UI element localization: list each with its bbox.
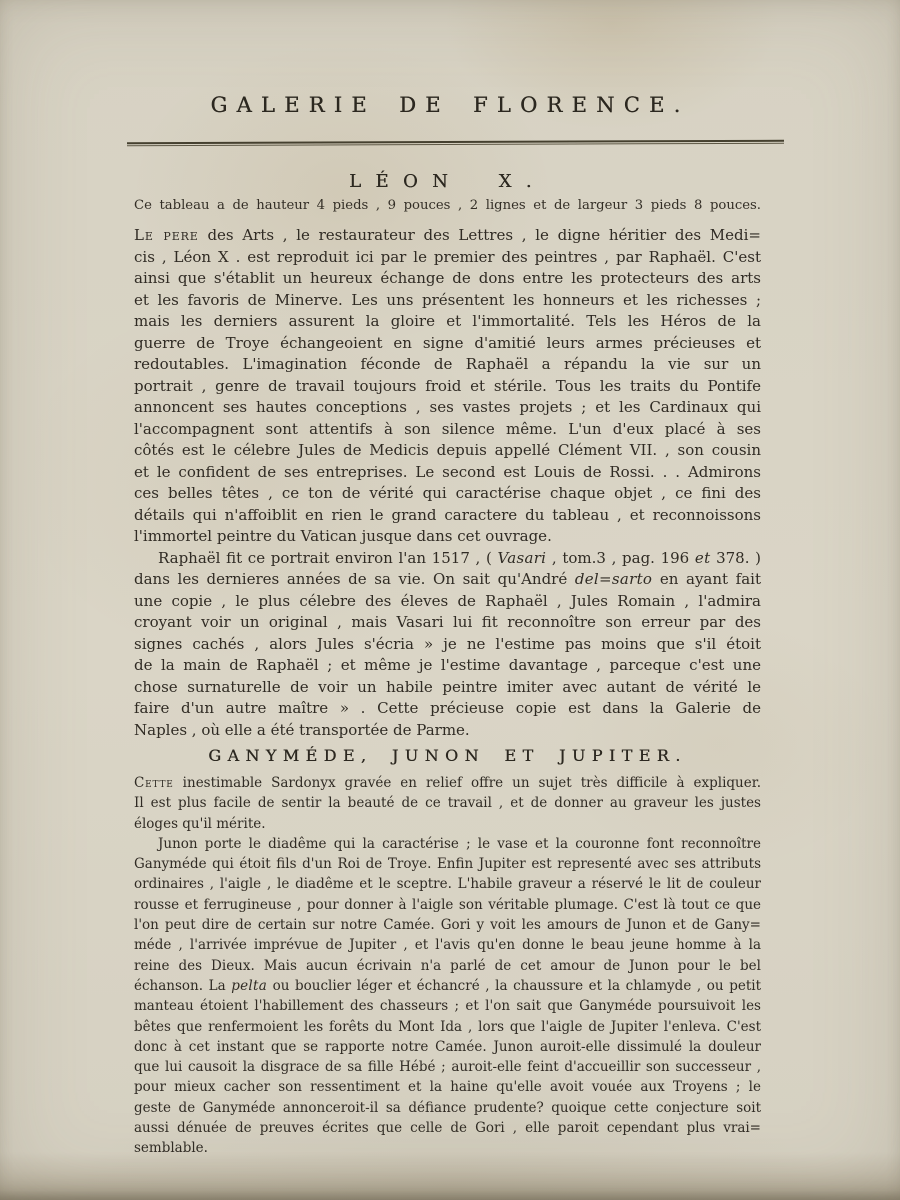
text-line: l'on peut dire de certain sur notre Camé… — [134, 915, 761, 935]
text-line: échanson. La pelta ou bouclier léger et … — [134, 976, 761, 996]
text-line: reine des Dieux. Mais aucun écrivain n'a… — [134, 956, 761, 976]
text-line: faire d'un autre maître » . Cette précie… — [134, 698, 761, 720]
text-line: Junon porte le diadême qui la caractéris… — [134, 834, 761, 854]
text-line: Il est plus facile de sentir la beauté d… — [134, 793, 761, 813]
text-line: pour mieux cacher son ressentiment et la… — [134, 1077, 761, 1097]
text-line: côtés est le célebre Jules de Medicis de… — [134, 440, 761, 462]
text-line: cis , Léon X . est reproduit ici par le … — [134, 247, 761, 269]
text-line: Raphaël fit ce portrait environ l'an 151… — [134, 548, 761, 570]
header-rule — [127, 140, 784, 149]
text-line: Le pere des Arts , le restaurateur des L… — [134, 225, 761, 247]
text-line: donc à cet instant que se rapporte notre… — [134, 1037, 761, 1057]
text-line: Cette inestimable Sardonyx gravée en rel… — [134, 773, 761, 793]
text-line: chose surnaturelle de voir un habile pei… — [134, 677, 761, 699]
text-line: l'accompagnent sont attentifs à son sile… — [134, 419, 761, 441]
text-line: manteau étoient l'habillement des chasse… — [134, 996, 761, 1016]
text-line: ordinaires , l'aigle , le diadême et le … — [134, 874, 761, 894]
article-section: LÉON X.Ce tableau a de hauteur 4 pieds ,… — [134, 170, 761, 741]
text-line: détails qui n'affoiblit en rien le grand… — [134, 505, 761, 527]
text-line: que lui causoit la disgrace de sa fille … — [134, 1057, 761, 1077]
article-heading: GANYMÉDE, JUNON ET JUPITER. — [134, 746, 761, 765]
paragraph: Le pere des Arts , le restaurateur des L… — [134, 225, 761, 548]
paragraph: Cette inestimable Sardonyx gravée en rel… — [134, 773, 761, 834]
publication-title: GALERIE DE FLORENCE. — [0, 92, 900, 118]
text-line: Naples , où elle a été transportée de Pa… — [134, 720, 761, 742]
text-line: bêtes que renfermoient les forêts du Mon… — [134, 1017, 761, 1037]
text-line: Ganyméde qui étoit fils d'un Roi de Troy… — [134, 854, 761, 874]
article-heading: LÉON X. — [134, 170, 761, 194]
text-line: guerre de Troye échangeoient en signe d'… — [134, 333, 761, 355]
article-section: GANYMÉDE, JUNON ET JUPITER.Cette inestim… — [134, 746, 761, 1159]
dimensions-note: Ce tableau a de hauteur 4 pieds , 9 pouc… — [134, 198, 761, 214]
text-line: croyant voir un original , mais Vasari l… — [134, 612, 761, 634]
text-line: geste de Ganyméde annonceroit-il sa défi… — [134, 1098, 761, 1118]
scanned-page: GALERIE DE FLORENCE. LÉON X.Ce tableau a… — [0, 0, 900, 1200]
text-line: rousse et ferrugineuse , pour donner à l… — [134, 895, 761, 915]
text-line: annoncent ses hautes conceptions , ses v… — [134, 397, 761, 419]
text-line: signes cachés , alors Jules s'écria » je… — [134, 634, 761, 656]
text-line: éloges qu'il mérite. — [134, 814, 761, 834]
text-line: l'immortel peintre du Vatican jusque dan… — [134, 526, 761, 548]
text-line: mais les derniers assurent la gloire et … — [134, 311, 761, 333]
text-line: de la main de Raphaël ; et même je l'est… — [134, 655, 761, 677]
text-line: une copie , le plus célebre des éleves d… — [134, 591, 761, 613]
text-line: aussi dénuée de preuves écrites que cell… — [134, 1118, 761, 1138]
text-line: ainsi que s'établit un heureux échange d… — [134, 268, 761, 290]
paragraph: Raphaël fit ce portrait environ l'an 151… — [134, 548, 761, 742]
text-line: redoutables. L'imagination féconde de Ra… — [134, 354, 761, 376]
paragraph: Junon porte le diadême qui la caractéris… — [134, 834, 761, 1159]
page-body: LÉON X.Ce tableau a de hauteur 4 pieds ,… — [134, 170, 761, 1159]
text-line: ces belles têtes , ce ton de vérité qui … — [134, 483, 761, 505]
text-line: méde , l'arrivée imprévue de Jupiter , e… — [134, 935, 761, 955]
text-line: portrait , genre de travail toujours fro… — [134, 376, 761, 398]
text-line: semblable. — [134, 1138, 761, 1158]
text-line: et les favoris de Minerve. Les uns prése… — [134, 290, 761, 312]
text-line: dans les dernieres années de sa vie. On … — [134, 569, 761, 591]
text-line: et le confident de ses entreprises. Le s… — [134, 462, 761, 484]
